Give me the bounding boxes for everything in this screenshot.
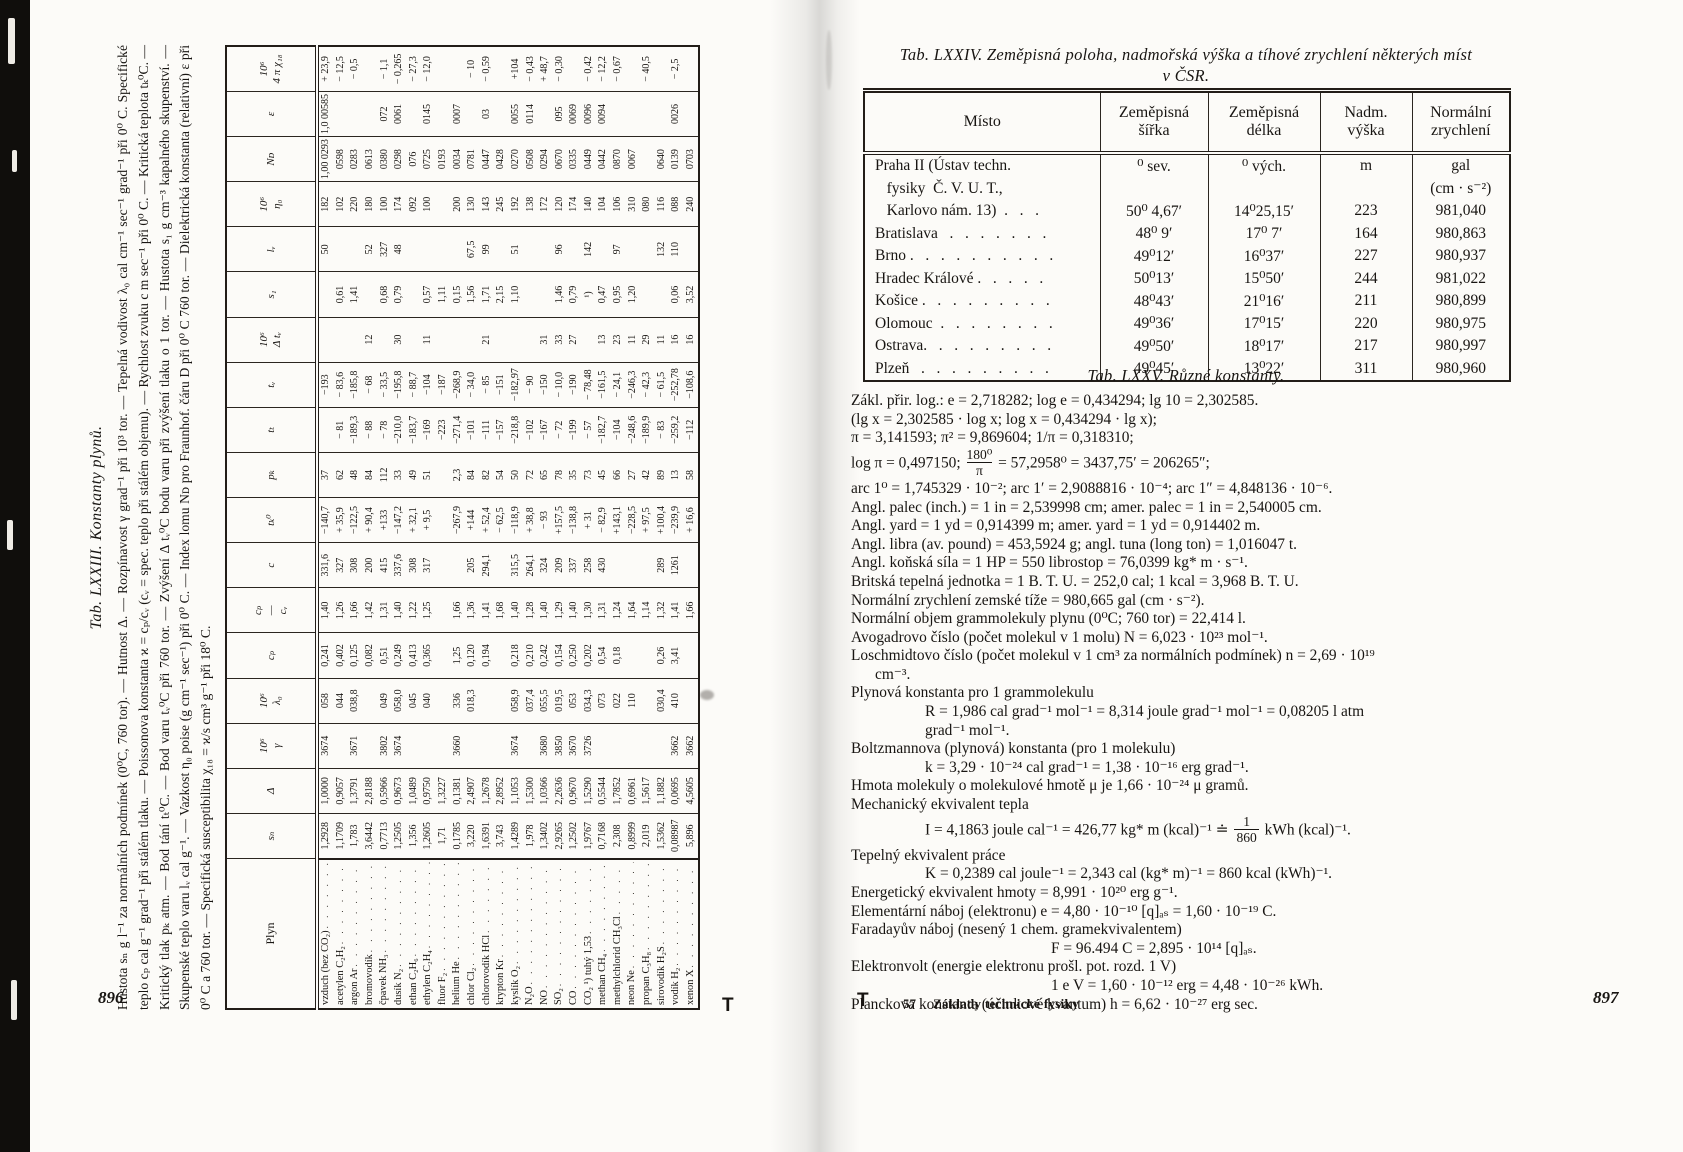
gas-value (407, 317, 422, 362)
constant-line: Plynová konstanta pro 1 grammolekulu (851, 684, 1541, 703)
gas-value: 172 (538, 182, 553, 227)
gas-value: 130 (465, 182, 480, 227)
place-name: Karlovo nám. 13) . . . (864, 200, 1100, 223)
gas-value: 11 (625, 317, 640, 362)
place-name: Olomouc . . . . . . . . (864, 313, 1100, 336)
gas-value: 0508 (523, 137, 538, 182)
gas-value: 0870 (611, 137, 626, 182)
gas-value (684, 91, 700, 136)
gas-value: − 85 (480, 362, 495, 407)
place-value: m (1320, 153, 1412, 178)
page-number-left: 896 (98, 988, 124, 1008)
gas-value: 0,54 (596, 633, 611, 678)
gas-value: − 62,5 (494, 498, 509, 543)
rotated-table-area: Tab. LXXIII. Konstanty plynů. Hustota sₙ… (88, 40, 766, 1015)
constant-line: R = 1,986 cal grad⁻¹ mol⁻¹ = 8,314 joule… (925, 703, 1541, 722)
gas-value (334, 227, 349, 272)
place-value: 980,937 (1412, 245, 1510, 268)
gas-value: 0703 (684, 137, 700, 182)
gas-value: 034,3 (582, 678, 597, 723)
fraction: 1860 (1234, 814, 1258, 846)
gas-value (640, 678, 655, 723)
gas-row: methylchlorid CH₃Cl. . . . . . . . . . .… (611, 46, 626, 1009)
gas-value: 51 (421, 452, 436, 497)
constant-line: grad⁻¹ mol⁻¹. (925, 722, 1541, 741)
gas-value (596, 723, 611, 768)
gas-column-header: pₖ (226, 452, 317, 497)
place-value: 49⁰36′ (1100, 313, 1208, 336)
gas-value: 200 (363, 543, 378, 588)
gas-value (596, 227, 611, 272)
gas-value (655, 723, 670, 768)
gas-value: 0,154 (552, 633, 567, 678)
sheet-number: 57 (903, 996, 916, 1012)
gas-row: ethan C₂H₆. . . . . . . . . . . . . . .1… (407, 46, 422, 1009)
gas-value: − 0,5 (348, 46, 363, 91)
gas-value: 3,41 (669, 633, 684, 678)
gas-value (523, 272, 538, 317)
gas-name: chlorovodík HCl. . . . . . . . . . . . .… (480, 859, 495, 1009)
place-value: gal (1412, 153, 1510, 178)
gas-value: 1,64 (625, 588, 640, 633)
gas-value (407, 227, 422, 272)
gas-value: 50 (509, 452, 524, 497)
gas-value: 1,3227 (436, 768, 451, 813)
gas-value: 110 (625, 678, 640, 723)
constant-line: Avogadrovo číslo (počet molekul v 1 molu… (851, 629, 1541, 648)
gas-value: 3670 (567, 723, 582, 768)
gas-name: helium He. . . . . . . . . . . . . . . (450, 859, 465, 1009)
gas-value: −161,5 (596, 362, 611, 407)
gas-value (363, 91, 378, 136)
gas-value: 16 (669, 317, 684, 362)
gas-value: 0781 (465, 137, 480, 182)
gas-value: 0,365 (421, 633, 436, 678)
gas-row: vzduch (bez CO₂). . . . . . . . . . . . … (317, 46, 334, 1009)
gas-value: − 0,43 (523, 46, 538, 91)
gas-value: 1,66 (450, 588, 465, 633)
gas-name: ethylen C₂H₄. . . . . . . . . . . . . . … (421, 859, 436, 1009)
gas-value: 0,15 (450, 272, 465, 317)
place-value: 980,863 (1412, 223, 1510, 246)
gas-value: 0,241 (317, 633, 334, 678)
gas-value: 0,1785 (450, 813, 465, 858)
gas-value (655, 91, 670, 136)
gas-value: − 10,0 (552, 362, 567, 407)
gas-value: 52 (363, 227, 378, 272)
gas-value: − 2,5 (669, 46, 684, 91)
lxxiv-column-header: Zeměpisná délka (1208, 91, 1320, 154)
gas-value: 2,019 (640, 813, 655, 858)
gas-row: NO. . . . . . . . . . . . . . .1,34021,0… (538, 46, 553, 1009)
gas-value: 45 (596, 452, 611, 497)
gas-column-header: s₁ (226, 272, 317, 317)
gas-value: −259,2 (669, 407, 684, 452)
gas-value (334, 723, 349, 768)
gas-value (317, 407, 334, 452)
gas-column-header: sₙ (226, 813, 317, 858)
gas-name: NO. . . . . . . . . . . . . . . (538, 859, 553, 1009)
gas-value (684, 227, 700, 272)
gas-value: − 57 (582, 407, 597, 452)
gas-value: 088 (669, 182, 684, 227)
place-value: (cm · s⁻²) (1412, 178, 1510, 201)
gas-value: 110 (669, 227, 684, 272)
gas-value (494, 317, 509, 362)
gas-value (317, 317, 334, 362)
lxxiv-row: Olomouc . . . . . . . .49⁰36′17⁰15′22098… (864, 313, 1510, 336)
gas-name: propan C₃H₈. . . . . . . . . . . . . . . (640, 859, 655, 1009)
gas-column-header: cₚ (226, 633, 317, 678)
gas-value (567, 46, 582, 91)
gas-value (436, 588, 451, 633)
gas-value: 0055 (509, 91, 524, 136)
gas-value: 1,25 (450, 633, 465, 678)
gas-value (480, 678, 495, 723)
gas-value: 1,41 (480, 588, 495, 633)
gas-value (348, 317, 363, 362)
gas-row: propan C₃H₈. . . . . . . . . . . . . . .… (640, 46, 655, 1009)
gas-name: sirovodík H₂S. . . . . . . . . . . . . .… (655, 859, 670, 1009)
gas-value: 97 (611, 227, 626, 272)
gas-value: − 93 (538, 498, 553, 543)
constant-line: Hmota molekuly o molekulové hmotě μ je 1… (851, 777, 1541, 796)
gas-value: 100 (421, 182, 436, 227)
gas-value: 3,6442 (363, 813, 378, 858)
gas-value: 1,0000 (317, 768, 334, 813)
gas-value: 78 (552, 452, 567, 497)
gas-value: − 83,6 (334, 362, 349, 407)
gas-value: 0,8999 (625, 813, 640, 858)
gas-value: 23 (611, 317, 626, 362)
gas-value: 258 (582, 543, 597, 588)
gas-value: −239,9 (669, 498, 684, 543)
gas-value (684, 543, 700, 588)
gas-value: 0,120 (465, 633, 480, 678)
gas-value: 1,40 (392, 588, 407, 633)
book-scan: Tab. LXXIII. Konstanty plynů. Hustota sₙ… (0, 0, 1683, 1152)
gas-value (436, 452, 451, 497)
gas-value: −112 (684, 407, 700, 452)
gas-value: 1,3791 (348, 768, 363, 813)
lxxiv-row: Brno . . . . . . . . . .49⁰12′16⁰37′2279… (864, 245, 1510, 268)
gas-value (436, 317, 451, 362)
gas-value: 1,7852 (611, 768, 626, 813)
gas-value: 1,2505 (392, 813, 407, 858)
gas-value: −118,9 (509, 498, 524, 543)
constants-list: Zákl. přir. log.: e = 2,718282; log e = … (851, 392, 1541, 1014)
gas-value (494, 227, 509, 272)
gas-value: + 16,6 (684, 498, 700, 543)
gas-value: 1,5290 (582, 768, 597, 813)
gas-table-title: Tab. LXXIII. Konstanty plynů. (88, 40, 106, 1015)
constant-line: Normální zrychlení zemské tíže = 980,665… (851, 592, 1541, 611)
gas-value: 1,5362 (655, 813, 670, 858)
gas-value: − 83 (655, 407, 670, 452)
gas-value: 3726 (582, 723, 597, 768)
gas-row: SO₂. . . . . . . . . . . . . . .2,92652,… (552, 46, 567, 1009)
gas-value: 27 (567, 317, 582, 362)
gas-value: 1,9767 (582, 813, 597, 858)
gas-value: 0,194 (480, 633, 495, 678)
gas-value: −252,78 (669, 362, 684, 407)
gas-value: 220 (348, 182, 363, 227)
gas-value: 66 (611, 452, 626, 497)
gas-value: 1,41 (669, 588, 684, 633)
gas-value: 0007 (450, 91, 465, 136)
gas-value: 2,15 (494, 272, 509, 317)
gas-value: −101 (465, 407, 480, 452)
constant-line: I = 4,1863 joule cal⁻¹ = 426,77 kg* m (k… (925, 815, 1541, 847)
gas-value: 1,356 (407, 813, 422, 858)
gas-value (436, 498, 451, 543)
gas-value (655, 272, 670, 317)
gas-value: 1,4289 (509, 813, 524, 858)
gas-value (640, 543, 655, 588)
gas-value: 54 (494, 452, 509, 497)
gas-value: 48 (392, 227, 407, 272)
gas-value (625, 91, 640, 136)
place-value: 50⁰ 4,67′ (1100, 200, 1208, 223)
lxxiv-title: Tab. LXXIV. Zeměpisná poloha, nadmořská … (850, 44, 1522, 86)
spine-speck (8, 18, 15, 64)
gas-value: 35 (567, 452, 582, 497)
gas-value: − 12,2 (596, 46, 611, 91)
gas-value: 0,1381 (450, 768, 465, 813)
gas-value: −223 (436, 407, 451, 452)
gas-value: −190 (567, 362, 582, 407)
gas-table-caption: Hustota sₙ g l⁻¹ za normálních podmínek … (113, 45, 217, 1010)
gas-value (684, 633, 700, 678)
gas-value: 1,71 (436, 813, 451, 858)
gas-value: 1,31 (596, 588, 611, 633)
gas-value (684, 678, 700, 723)
constant-line: Zákl. přir. log.: e = 2,718282; log e = … (851, 392, 1541, 411)
gas-value: 0096 (582, 91, 597, 136)
gas-value: −182,97 (509, 362, 524, 407)
gas-value: 2,9265 (552, 813, 567, 858)
gas-value: 0,6961 (625, 768, 640, 813)
gas-value: 1,14 (640, 588, 655, 633)
gas-value (436, 46, 451, 91)
gas-value: 0,57 (421, 272, 436, 317)
gas-row: xenon X. . . . . . . . . . . . . . .5,89… (684, 46, 700, 1009)
gas-value: 1,56 (465, 272, 480, 317)
gas-name: SO₂. . . . . . . . . . . . . . . (552, 859, 567, 1009)
gas-row: acetylen C₂H₂. . . . . . . . . . . . . .… (334, 46, 349, 1009)
lxxiv-title-line1: Tab. LXXIV. Zeměpisná poloha, nadmořská … (850, 44, 1522, 65)
gas-value: 0,9750 (421, 768, 436, 813)
gas-name: dusík N₂. . . . . . . . . . . . . . . (392, 859, 407, 1009)
gas-value: 5,896 (684, 813, 700, 858)
gas-value: 0,26 (655, 633, 670, 678)
gas-value (523, 227, 538, 272)
gas-value: 1,29 (552, 588, 567, 633)
gas-value: 89 (655, 452, 670, 497)
place-name: Hradec Králové . . . . . (864, 268, 1100, 291)
place-value: ⁰ vých. (1208, 153, 1320, 178)
gas-value: − 0,67 (611, 46, 626, 91)
place-value (1208, 178, 1320, 201)
gas-value (625, 543, 640, 588)
gas-value (407, 91, 422, 136)
gas-value: +144 (465, 498, 480, 543)
place-name: Bratislava . . . . . . . (864, 223, 1100, 246)
gas-value: − 72 (552, 407, 567, 452)
place-value: 18⁰17′ (1208, 335, 1320, 358)
lxxiv-column-header: Nadm. výška (1320, 91, 1412, 154)
gas-value: 0145 (421, 91, 436, 136)
place-name: Ostrava. . . . . . . . . (864, 335, 1100, 358)
gas-column-header: 10⁶ 4 π χ₁₈ (226, 46, 317, 91)
gas-column-header: ε (226, 91, 317, 136)
gas-value: 21 (480, 317, 495, 362)
gas-value: 038,8 (348, 678, 363, 723)
gas-value: −271,4 (450, 407, 465, 452)
gas-value: −167 (538, 407, 553, 452)
gas-value: 138 (523, 182, 538, 227)
gas-value: − 12,0 (421, 46, 436, 91)
place-name: fysiky Č. V. U. T., (864, 178, 1100, 201)
gas-value: 104 (596, 182, 611, 227)
gas-value: 72 (523, 452, 538, 497)
gas-value: 2,4907 (465, 768, 480, 813)
gas-value: −147,2 (392, 498, 407, 543)
gas-value (582, 317, 597, 362)
gas-value: 308 (348, 543, 363, 588)
gas-value: 1,11 (436, 272, 451, 317)
gas-value (465, 91, 480, 136)
gas-value: −182,7 (596, 407, 611, 452)
gas-value: 0,5966 (377, 768, 392, 813)
lxxiv-row: fysiky Č. V. U. T.,(cm · s⁻²) (864, 178, 1510, 201)
gas-value: 209 (552, 543, 567, 588)
gas-value: 072 (377, 91, 392, 136)
gas-value: 327 (334, 543, 349, 588)
lxxiv-row: Praha II (Ústav techn.⁰ sev.⁰ vých.mgal (864, 153, 1510, 178)
gas-value: −102 (523, 407, 538, 452)
place-value: 14⁰25,15′ (1208, 200, 1320, 223)
gas-value (538, 272, 553, 317)
gas-value: 040 (421, 678, 436, 723)
gas-value: 2,8188 (363, 768, 378, 813)
gas-value (625, 723, 640, 768)
gas-value (494, 678, 509, 723)
gas-column-header: tₖ⁰ (226, 498, 317, 543)
gas-value: 1,40 (317, 588, 334, 633)
gas-value: 174 (392, 182, 407, 227)
gas-value (494, 633, 509, 678)
gas-value (567, 227, 582, 272)
gas-value: 0,51 (377, 633, 392, 678)
gas-value: 1,0489 (407, 768, 422, 813)
gas-value: 120 (552, 182, 567, 227)
gas-value: 058,0 (392, 678, 407, 723)
gas-value (436, 182, 451, 227)
gas-value: −189,9 (640, 407, 655, 452)
gas-value: 030,4 (655, 678, 670, 723)
gas-value: 310 (625, 182, 640, 227)
gas-value: 1,2928 (317, 813, 334, 858)
gas-value: 3662 (684, 723, 700, 768)
gas-value: 0,413 (407, 633, 422, 678)
gas-value: 0,79 (392, 272, 407, 317)
gas-value: 3674 (509, 723, 524, 768)
gas-value: −151 (494, 362, 509, 407)
lxxiv-row: Bratislava . . . . . . .48⁰ 9′17⁰ 7′1649… (864, 223, 1510, 246)
gas-value: +104 (509, 46, 524, 91)
gas-value (494, 46, 509, 91)
gas-value (509, 317, 524, 362)
gas-value (436, 723, 451, 768)
gas-value: 1,66 (684, 588, 700, 633)
gas-value: 0,202 (582, 633, 597, 678)
gas-constants-table: PlynsₙΔ10⁶ γ10⁶ λ₀cₚcₚ — cᵥctₖ⁰pₖtₜtᵥ10⁶… (225, 45, 700, 1010)
gas-column-header: tₜ (226, 407, 317, 452)
gas-value: 30 (392, 317, 407, 362)
lxxiv-row: Karlovo nám. 13) . . .50⁰ 4,67′14⁰25,15′… (864, 200, 1510, 223)
gas-value: −248,6 (625, 407, 640, 452)
gas-name: xenon X. . . . . . . . . . . . . . . (684, 859, 700, 1009)
gas-value: 0428 (494, 137, 509, 182)
gas-value: −193 (317, 362, 334, 407)
gas-name: acetylen C₂H₂. . . . . . . . . . . . . .… (334, 859, 349, 1009)
gas-value: + 52,4 (480, 498, 495, 543)
gas-value: 1,71 (480, 272, 495, 317)
place-value: 17⁰ 7′ (1208, 223, 1320, 246)
gas-value: 0,082 (363, 633, 378, 678)
gas-value: 0442 (596, 137, 611, 182)
gas-value: 0067 (625, 137, 640, 182)
gas-value: − 61,5 (655, 362, 670, 407)
gas-value: 0283 (348, 137, 363, 182)
constant-line: Energetický ekvivalent hmoty = 8,991 · 1… (851, 884, 1541, 903)
gas-value: + 31 (582, 498, 597, 543)
gas-row: ethylen C₂H₄. . . . . . . . . . . . . . … (421, 46, 436, 1009)
gas-value: − 0,265 (392, 46, 407, 91)
gas-value: 1,2502 (567, 813, 582, 858)
gas-value: 076 (407, 137, 422, 182)
gas-name: ethan C₂H₆. . . . . . . . . . . . . . . (407, 859, 422, 1009)
gas-value: 0,61 (334, 272, 349, 317)
gas-value: 331,6 (317, 543, 334, 588)
gas-value: 240 (684, 182, 700, 227)
gas-value (538, 227, 553, 272)
printer-mark-right: T (857, 990, 869, 1012)
gas-column-header: Plyn (226, 859, 317, 1009)
lxxiv-row: Košice . . . . . . . . .48⁰43′21⁰16′2119… (864, 290, 1510, 313)
book-title-footer: Základy technické fysiky (933, 996, 1079, 1012)
gas-value: −150 (538, 362, 553, 407)
gas-value: 0,08987 (669, 813, 684, 858)
gas-value: 62 (334, 452, 349, 497)
gas-value: 3,743 (494, 813, 509, 858)
gas-value: − 0,59 (480, 46, 495, 91)
gas-value: 2,2636 (552, 768, 567, 813)
gas-value: 0034 (450, 137, 465, 182)
gas-value: 0,95 (611, 272, 626, 317)
constant-line: Angl. yard = 1 yd = 0,914399 m; amer. ya… (851, 517, 1541, 536)
gas-value: 2,308 (611, 813, 626, 858)
gas-value: −104 (611, 407, 626, 452)
gas-value (407, 723, 422, 768)
gas-value: − 27,3 (407, 46, 422, 91)
gas-row: bromovodík. . . . . . . . . . . . . . .3… (363, 46, 378, 1009)
gas-name: vzduch (bez CO₂). . . . . . . . . . . . … (317, 859, 334, 1009)
gas-value: 33 (392, 452, 407, 497)
gas-value (611, 723, 626, 768)
gas-value: 058,9 (509, 678, 524, 723)
